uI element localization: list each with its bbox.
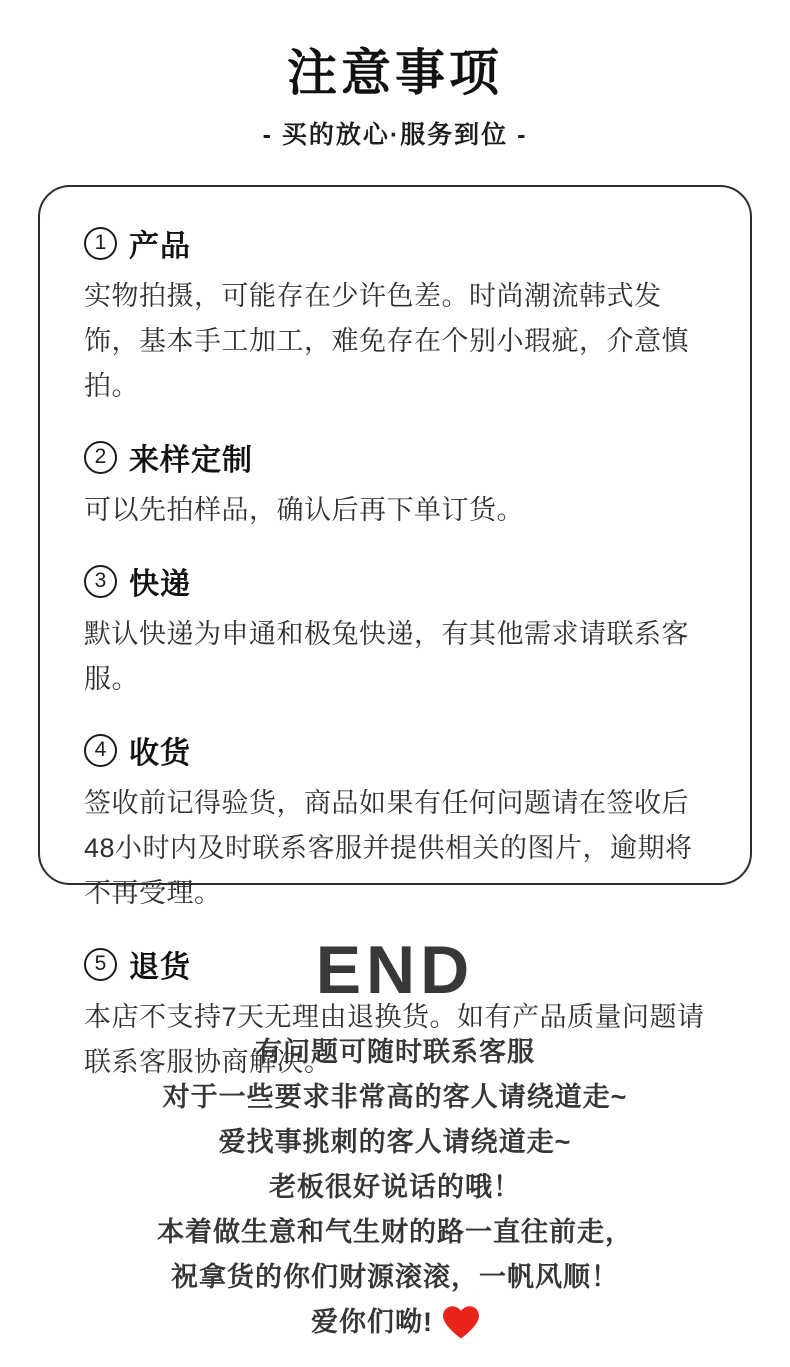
- love-text: 爱你们呦!: [311, 1300, 433, 1345]
- section-custom-order: 2 来样定制 可以先拍样品，确认后再下单订货。: [84, 435, 706, 533]
- footer-line: 本着做生意和气生财的路一直往前走，: [0, 1210, 790, 1255]
- section-title: 产品: [129, 221, 191, 265]
- section-title: 来样定制: [129, 435, 253, 479]
- number-circle-icon: 3: [84, 565, 117, 598]
- number-circle-icon: 1: [84, 227, 117, 260]
- section-heading: 1 产品: [84, 221, 706, 265]
- number-circle-icon: 2: [84, 441, 117, 474]
- notice-box: 1 产品 实物拍摄，可能存在少许色差。时尚潮流韩式发饰，基本手工加工，难免存在个…: [38, 185, 752, 885]
- page-subtitle: - 买的放心·服务到位 -: [0, 115, 790, 151]
- page-title: 注意事项: [0, 46, 790, 101]
- section-receiving: 4 收货 签收前记得验货，商品如果有任何问题请在签收后48小时内及时联系客服并提…: [84, 728, 706, 916]
- section-heading: 3 快递: [84, 559, 706, 603]
- notice-page: 注意事项 - 买的放心·服务到位 - 1 产品 实物拍摄，可能存在少许色差。时尚…: [0, 0, 790, 1367]
- section-title: 快递: [129, 559, 191, 603]
- section-body: 可以先拍样品，确认后再下单订货。: [84, 488, 706, 533]
- number-circle-icon: 5: [84, 948, 117, 981]
- header: 注意事项 - 买的放心·服务到位 -: [0, 0, 790, 151]
- section-product: 1 产品 实物拍摄，可能存在少许色差。时尚潮流韩式发饰，基本手工加工，难免存在个…: [84, 221, 706, 409]
- footer-line-love: 爱你们呦!: [0, 1300, 790, 1345]
- section-heading: 4 收货: [84, 728, 706, 772]
- section-body: 默认快递为申通和极兔快递，有其他需求请联系客服。: [84, 612, 706, 702]
- heart-icon: [443, 1306, 479, 1339]
- footer-line: 爱找事挑刺的客人请绕道走~: [0, 1120, 790, 1165]
- section-shipping: 3 快递 默认快递为申通和极兔快递，有其他需求请联系客服。: [84, 559, 706, 702]
- footer-line: 祝拿货的你们财源滚滚，一帆风顺！: [0, 1255, 790, 1300]
- section-body: 签收前记得验货，商品如果有任何问题请在签收后48小时内及时联系客服并提供相关的图…: [84, 781, 706, 916]
- section-title: 退货: [129, 942, 191, 986]
- number-circle-icon: 4: [84, 734, 117, 767]
- footer-line: 老板很好说话的哦！: [0, 1165, 790, 1210]
- section-body: 实物拍摄，可能存在少许色差。时尚潮流韩式发饰，基本手工加工，难免存在个别小瑕疵，…: [84, 274, 706, 409]
- section-heading: 2 来样定制: [84, 435, 706, 479]
- section-title: 收货: [129, 728, 191, 772]
